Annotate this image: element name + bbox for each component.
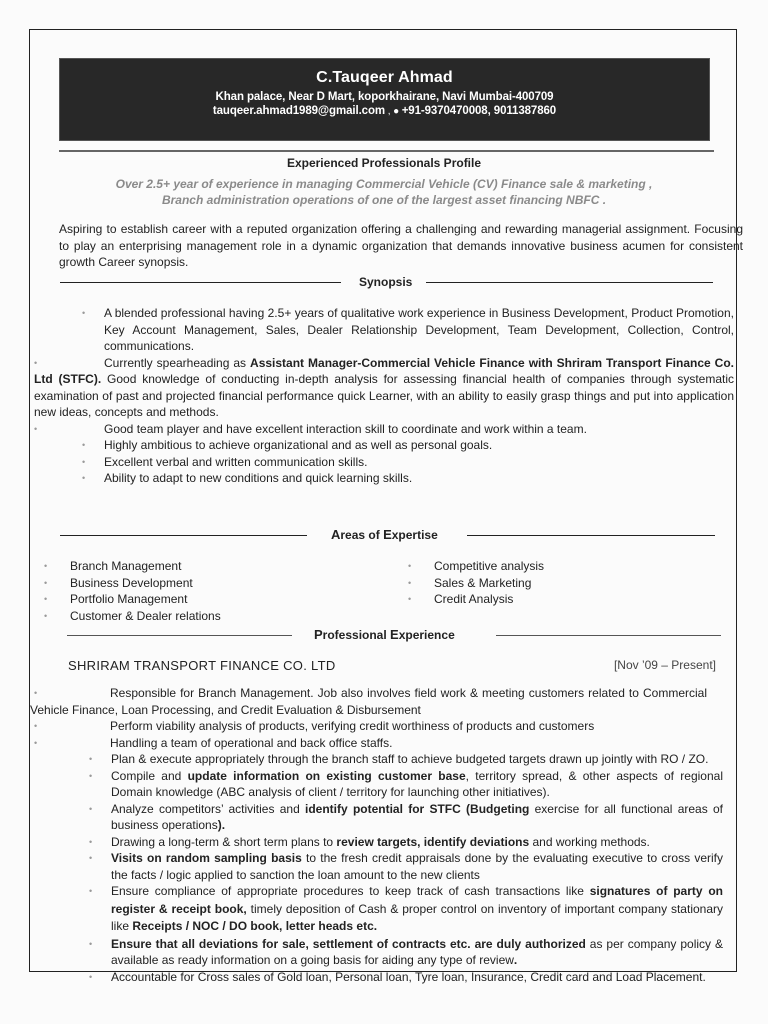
synopsis-text: Excellent verbal and written communicati… bbox=[104, 455, 367, 469]
bullet-icon: • bbox=[89, 834, 92, 851]
resume-page: C.Tauqeer Ahmad Khan palace, Near D Mart… bbox=[29, 29, 737, 972]
heading-text: xperience bbox=[399, 628, 455, 642]
bullet-icon: • bbox=[89, 751, 92, 768]
bullet-icon: • bbox=[44, 591, 47, 608]
header-rule bbox=[59, 150, 714, 152]
heading-text: rofessional bbox=[323, 628, 390, 642]
profile-title: Experienced Professionals Profile bbox=[30, 156, 738, 170]
list-item: • Compile and update information on exis… bbox=[30, 768, 723, 801]
highlight: . bbox=[514, 953, 517, 967]
responsibilities-list: • Plan & execute appropriately through t… bbox=[30, 751, 723, 985]
separator: , ● bbox=[385, 106, 402, 117]
list-item: •Customer & Dealer relations bbox=[30, 608, 390, 625]
list-item: • Highly ambitious to achieve organizati… bbox=[30, 437, 734, 454]
synopsis-text: Good team player and have excellent inte… bbox=[104, 422, 587, 436]
list-item: • Ability to adapt to new conditions and… bbox=[30, 470, 734, 487]
list-item: •Competitive analysis bbox=[390, 558, 730, 575]
synopsis-text: Currently spearheading as bbox=[104, 356, 250, 370]
highlight: update information on existing customer … bbox=[188, 769, 466, 783]
expertise-heading: Areas of Expertise bbox=[331, 527, 438, 542]
bullet-icon: • bbox=[44, 608, 47, 625]
experience-heading: Professional Experience bbox=[314, 627, 455, 642]
heading-cap: E bbox=[383, 527, 392, 542]
contact-line: tauqeer.ahmad1989@gmail.com , ● +91-9370… bbox=[60, 105, 709, 117]
list-item: • Handling a team of operational and bac… bbox=[30, 735, 707, 752]
bullet-icon: • bbox=[34, 735, 37, 752]
bullet-icon: • bbox=[34, 355, 37, 372]
skill: Customer & Dealer relations bbox=[70, 609, 221, 623]
list-item: •Credit Analysis bbox=[390, 591, 730, 608]
duties-list: • Responsible for Branch Management. Job… bbox=[30, 685, 707, 751]
synopsis-text: A blended professional having 2.5+ years… bbox=[104, 306, 734, 353]
expertise-list-right: •Competitive analysis •Sales & Marketing… bbox=[390, 558, 730, 608]
bullet-icon: • bbox=[34, 718, 37, 735]
responsibility-text: Compile and bbox=[111, 769, 188, 783]
bullet-icon: • bbox=[408, 591, 411, 608]
list-item: • Perform viability analysis of products… bbox=[30, 718, 707, 735]
highlight: identify potential for STFC (Budgeting bbox=[305, 802, 529, 816]
list-item: •Portfolio Management bbox=[30, 591, 390, 608]
bullet-icon: • bbox=[89, 801, 92, 818]
list-item: • Plan & execute appropriately through t… bbox=[30, 751, 723, 768]
bullet-icon: • bbox=[89, 969, 92, 986]
bullet-icon: • bbox=[82, 305, 85, 322]
synopsis-text: Highly ambitious to achieve organization… bbox=[104, 438, 492, 452]
summary-line-2: Branch administration operations of one … bbox=[30, 192, 738, 208]
bullet-icon: • bbox=[89, 850, 92, 867]
bullet-icon: • bbox=[34, 421, 37, 438]
skill: Sales & Marketing bbox=[434, 576, 531, 590]
expertise-list-left: •Branch Management •Business Development… bbox=[30, 558, 390, 624]
career-objective: Aspiring to establish career with a repu… bbox=[59, 221, 743, 271]
highlight: Visits on random sampling basis bbox=[111, 851, 302, 865]
duty-text: Responsible for Branch Management. Job a… bbox=[30, 686, 707, 717]
list-item: • Good team player and have excellent in… bbox=[30, 421, 734, 438]
synopsis-list: • A blended professional having 2.5+ yea… bbox=[30, 305, 734, 487]
bullet-icon: • bbox=[89, 936, 92, 953]
duty-text: Perform viability analysis of products, … bbox=[110, 719, 594, 733]
list-item: • Analyze competitors’ activities and id… bbox=[30, 801, 723, 834]
bullet-icon: • bbox=[34, 685, 37, 702]
synopsis-text: Ability to adapt to new conditions and q… bbox=[104, 471, 412, 485]
address: Khan palace, Near D Mart, koporkhairane,… bbox=[60, 91, 709, 103]
divider bbox=[67, 635, 292, 636]
heading-text: reas of bbox=[340, 528, 383, 542]
summary-line-1: Over 2.5+ year of experience in managing… bbox=[30, 176, 738, 192]
highlight: ). bbox=[218, 818, 225, 832]
resume-header: C.Tauqeer Ahmad Khan palace, Near D Mart… bbox=[59, 58, 710, 141]
list-item: • Responsible for Branch Management. Job… bbox=[30, 685, 707, 718]
bullet-icon: • bbox=[408, 558, 411, 575]
profile-summary: Over 2.5+ year of experience in managing… bbox=[30, 176, 738, 208]
heading-cap: E bbox=[390, 627, 399, 642]
list-item: •Branch Management bbox=[30, 558, 390, 575]
bullet-icon: • bbox=[82, 454, 85, 471]
list-item: • Visits on random sampling basis to the… bbox=[30, 850, 723, 883]
employment-period: [Nov ’09 – Present] bbox=[614, 658, 716, 672]
heading-cap: P bbox=[314, 627, 323, 642]
list-item: • Excellent verbal and written communica… bbox=[30, 454, 734, 471]
bullet-icon: • bbox=[82, 437, 85, 454]
phone: +91-9370470008, 9011387860 bbox=[402, 105, 556, 117]
synopsis-heading: Synopsis bbox=[359, 275, 412, 289]
responsibility-text: Analyze competitors’ activities and bbox=[111, 802, 305, 816]
list-item: • A blended professional having 2.5+ yea… bbox=[30, 305, 734, 355]
highlight: review targets, identify deviations bbox=[336, 835, 529, 849]
list-item: • Accountable for Cross sales of Gold lo… bbox=[30, 969, 723, 986]
bullet-icon: • bbox=[44, 558, 47, 575]
skill: Credit Analysis bbox=[434, 592, 513, 606]
skill: Competitive analysis bbox=[434, 559, 544, 573]
responsibility-text: and working methods. bbox=[529, 835, 650, 849]
skill: Business Development bbox=[70, 576, 193, 590]
list-item: • Ensure compliance of appropriate proce… bbox=[30, 883, 723, 936]
bullet-icon: • bbox=[89, 883, 92, 901]
responsibility-text: Plan & execute appropriately through the… bbox=[111, 752, 708, 766]
email-link[interactable]: tauqeer.ahmad1989@gmail.com bbox=[213, 105, 385, 117]
heading-text: xpertise bbox=[392, 528, 438, 542]
divider bbox=[426, 282, 713, 283]
list-item: • Drawing a long-term & short term plans… bbox=[30, 834, 723, 851]
list-item: •Business Development bbox=[30, 575, 390, 592]
bullet-icon: • bbox=[44, 575, 47, 592]
list-item: • Ensure that all deviations for sale, s… bbox=[30, 936, 723, 969]
heading-cap: A bbox=[331, 527, 340, 542]
divider bbox=[60, 535, 307, 536]
list-item: •Sales & Marketing bbox=[390, 575, 730, 592]
responsibility-text: Accountable for Cross sales of Gold loan… bbox=[111, 970, 706, 984]
bullet-icon: • bbox=[82, 470, 85, 487]
bullet-icon: • bbox=[408, 575, 411, 592]
list-item: • Currently spearheading as Assistant Ma… bbox=[30, 355, 734, 421]
divider bbox=[496, 635, 721, 636]
divider bbox=[60, 282, 341, 283]
highlight: Receipts / NOC / DO book, letter heads e… bbox=[132, 919, 377, 933]
duty-text: Handling a team of operational and back … bbox=[110, 736, 392, 750]
responsibility-text: Ensure compliance of appropriate procedu… bbox=[111, 884, 590, 898]
company-name: SHRIRAM TRANSPORT FINANCE CO. LTD bbox=[68, 658, 336, 673]
skill: Branch Management bbox=[70, 559, 181, 573]
skill: Portfolio Management bbox=[70, 592, 187, 606]
highlight: Ensure that all deviations for sale, set… bbox=[111, 937, 586, 951]
responsibility-text: Drawing a long-term & short term plans t… bbox=[111, 835, 336, 849]
divider bbox=[467, 535, 715, 536]
synopsis-text: Good knowledge of conducting in-depth an… bbox=[34, 372, 734, 419]
candidate-name: C.Tauqeer Ahmad bbox=[60, 69, 709, 87]
bullet-icon: • bbox=[89, 768, 92, 785]
